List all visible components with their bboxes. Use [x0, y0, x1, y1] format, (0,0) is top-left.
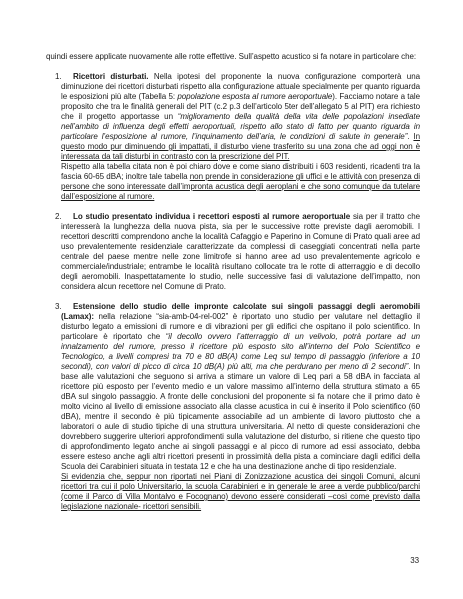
list-item-3: 3.Estensione dello studio delle impronte… — [61, 302, 420, 512]
text-run: Lo studio presentato individua i recetto… — [73, 212, 350, 221]
text-run: Si evidenzia che, seppur non riportati n… — [61, 472, 420, 511]
text-run: . In base alle valutazioni che seguono s… — [61, 362, 420, 471]
text-run: popolazione esposta al rumore aeroportua… — [177, 92, 332, 101]
page-number: 33 — [410, 556, 419, 566]
list-number-1: 1. — [55, 72, 62, 82]
list-item-2-text: Lo studio presentato individua i recetto… — [61, 212, 420, 291]
list-item-3-text: Estensione dello studio delle impronte c… — [61, 302, 420, 511]
document-page: quindi essere applicate nuovamente alle … — [0, 0, 463, 599]
list-item-2: 2.Lo studio presentato individua i recet… — [61, 212, 420, 292]
intro-paragraph: quindi essere applicate nuovamente alle … — [46, 52, 420, 62]
list-item-1: 1.Ricettori disturbati. Nella ipotesi de… — [61, 72, 420, 202]
text-run: Ricettori disturbati. — [73, 72, 148, 81]
list-number-3: 3. — [55, 302, 62, 312]
text-run: sia per il tratto che interesserà la lun… — [61, 212, 420, 291]
list-item-1-text: Ricettori disturbati. Nella ipotesi del … — [61, 72, 420, 201]
list-number-2: 2. — [55, 212, 62, 222]
